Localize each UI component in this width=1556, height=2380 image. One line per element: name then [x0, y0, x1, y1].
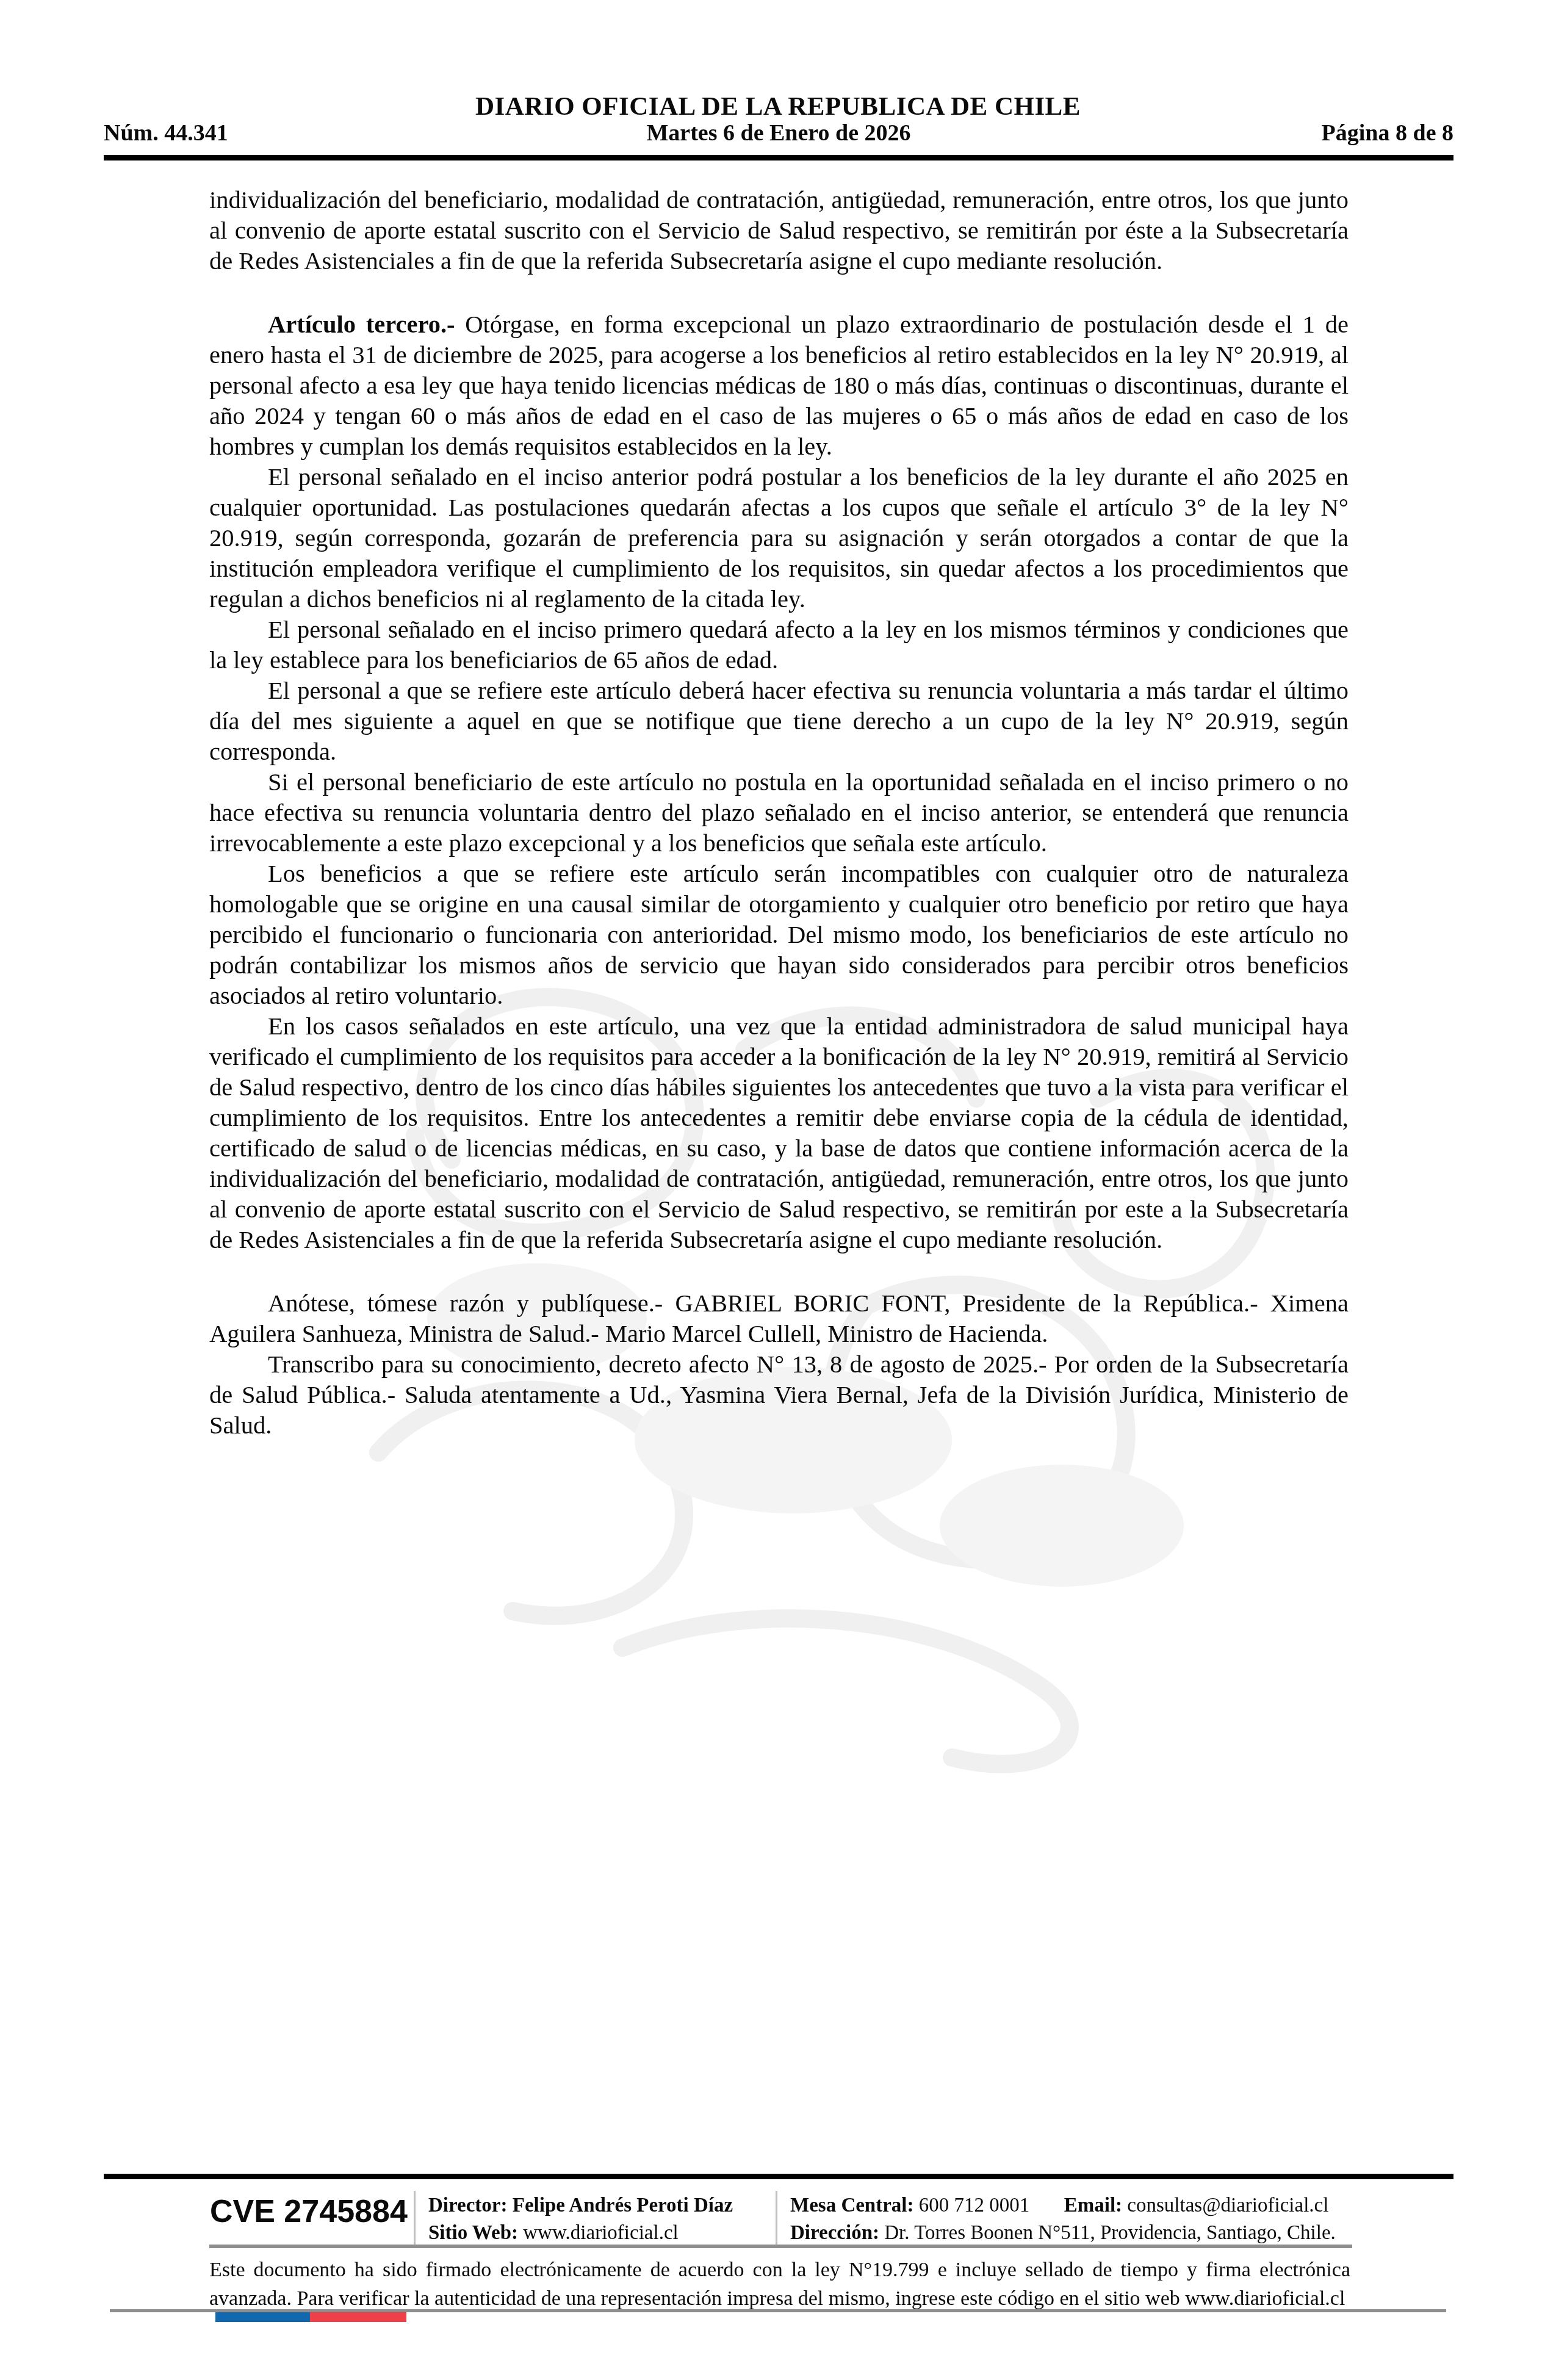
gazette-page: DIARIO OFICIAL DE LA REPUBLICA DE CHILE … — [0, 0, 1556, 2380]
header-info-row: Núm. 44.341 Martes 6 de Enero de 2026 Pá… — [104, 120, 1453, 146]
issue-date: Martes 6 de Enero de 2026 — [646, 120, 910, 146]
director-label: Director: — [428, 2194, 507, 2216]
paragraph-4: El personal señalado en el inciso primer… — [209, 615, 1349, 676]
footer-divider-1 — [414, 2191, 416, 2245]
footer-contact-column: Mesa Central: 600 712 0001 Email: consul… — [790, 2192, 1336, 2247]
paragraph-9: Anótese, tómese razón y publíquese.- GAB… — [209, 1288, 1349, 1349]
sitio-web-url: www.diarioficial.cl — [523, 2222, 678, 2244]
sitio-web-label: Sitio Web: — [428, 2222, 518, 2244]
director-name: Felipe Andrés Peroti Díaz — [513, 2194, 733, 2216]
footer-director-column: Director: Felipe Andrés Peroti Díaz Siti… — [428, 2192, 733, 2247]
paragraph-text: individualización del beneficiario, moda… — [209, 186, 1349, 275]
paragraph-lead-bold: Artículo tercero.- — [268, 311, 455, 338]
header-rule — [104, 155, 1453, 160]
paragraph-text: Transcribo para su conocimiento, decreto… — [209, 1350, 1349, 1439]
mesa-central-label: Mesa Central: — [790, 2194, 914, 2216]
sitio-web-line: Sitio Web: www.diarioficial.cl — [428, 2220, 733, 2247]
paragraph-5: El personal a que se refiere este artícu… — [209, 676, 1349, 767]
mesa-central-number: 600 712 0001 — [919, 2194, 1030, 2216]
footer-divider-2 — [776, 2191, 777, 2245]
document-body: individualización del beneficiario, moda… — [209, 185, 1349, 1441]
paragraph-7: Los beneficios a que se refiere este art… — [209, 859, 1349, 1011]
mesa-central-line: Mesa Central: 600 712 0001 Email: consul… — [790, 2192, 1336, 2220]
paragraph-text: En los casos señalados en este artículo,… — [209, 1012, 1349, 1253]
gazette-title: DIARIO OFICIAL DE LA REPUBLICA DE CHILE — [0, 92, 1556, 121]
director-line: Director: Felipe Andrés Peroti Díaz — [428, 2192, 733, 2220]
paragraph-text: El personal señalado en el inciso anteri… — [209, 463, 1349, 613]
paragraph-text: Anótese, tómese razón y publíquese.- GAB… — [209, 1289, 1349, 1347]
paragraph-3: El personal señalado en el inciso anteri… — [209, 462, 1349, 615]
direccion-address: Dr. Torres Boonen N°511, Providencia, Sa… — [884, 2222, 1336, 2244]
legal-notice: Este documento ha sido firmado electróni… — [209, 2256, 1350, 2313]
flag-red-block — [310, 2312, 406, 2322]
flag-blue-block — [215, 2312, 310, 2322]
paragraph-1: individualización del beneficiario, moda… — [209, 185, 1349, 276]
footer-middle-rule — [209, 2245, 1352, 2248]
direccion-label: Dirección: — [790, 2222, 879, 2244]
paragraph-8: En los casos señalados en este artículo,… — [209, 1011, 1349, 1255]
paragraph-text: Si el personal beneficiario de este artí… — [209, 768, 1349, 857]
email-label: Email: — [1064, 2194, 1122, 2216]
paragraph-text: Los beneficios a que se refiere este art… — [209, 860, 1349, 1009]
government-flag-mark — [215, 2312, 406, 2322]
issue-number: Núm. 44.341 — [104, 120, 646, 146]
paragraph-2: Artículo tercero.- Otórgase, en forma ex… — [209, 309, 1349, 462]
email-address: consultas@diarioficial.cl — [1127, 2194, 1328, 2216]
paragraph-10: Transcribo para su conocimiento, decreto… — [209, 1349, 1349, 1441]
paragraph-6: Si el personal beneficiario de este artí… — [209, 767, 1349, 859]
cve-code: CVE 2745884 — [210, 2193, 408, 2230]
direccion-line: Dirección: Dr. Torres Boonen N°511, Prov… — [790, 2220, 1336, 2247]
paragraph-text: El personal señalado en el inciso primer… — [209, 616, 1349, 674]
paragraph-text: El personal a que se refiere este artícu… — [209, 677, 1349, 765]
page-indicator: Página 8 de 8 — [911, 120, 1453, 146]
footer-top-rule — [104, 2174, 1453, 2179]
